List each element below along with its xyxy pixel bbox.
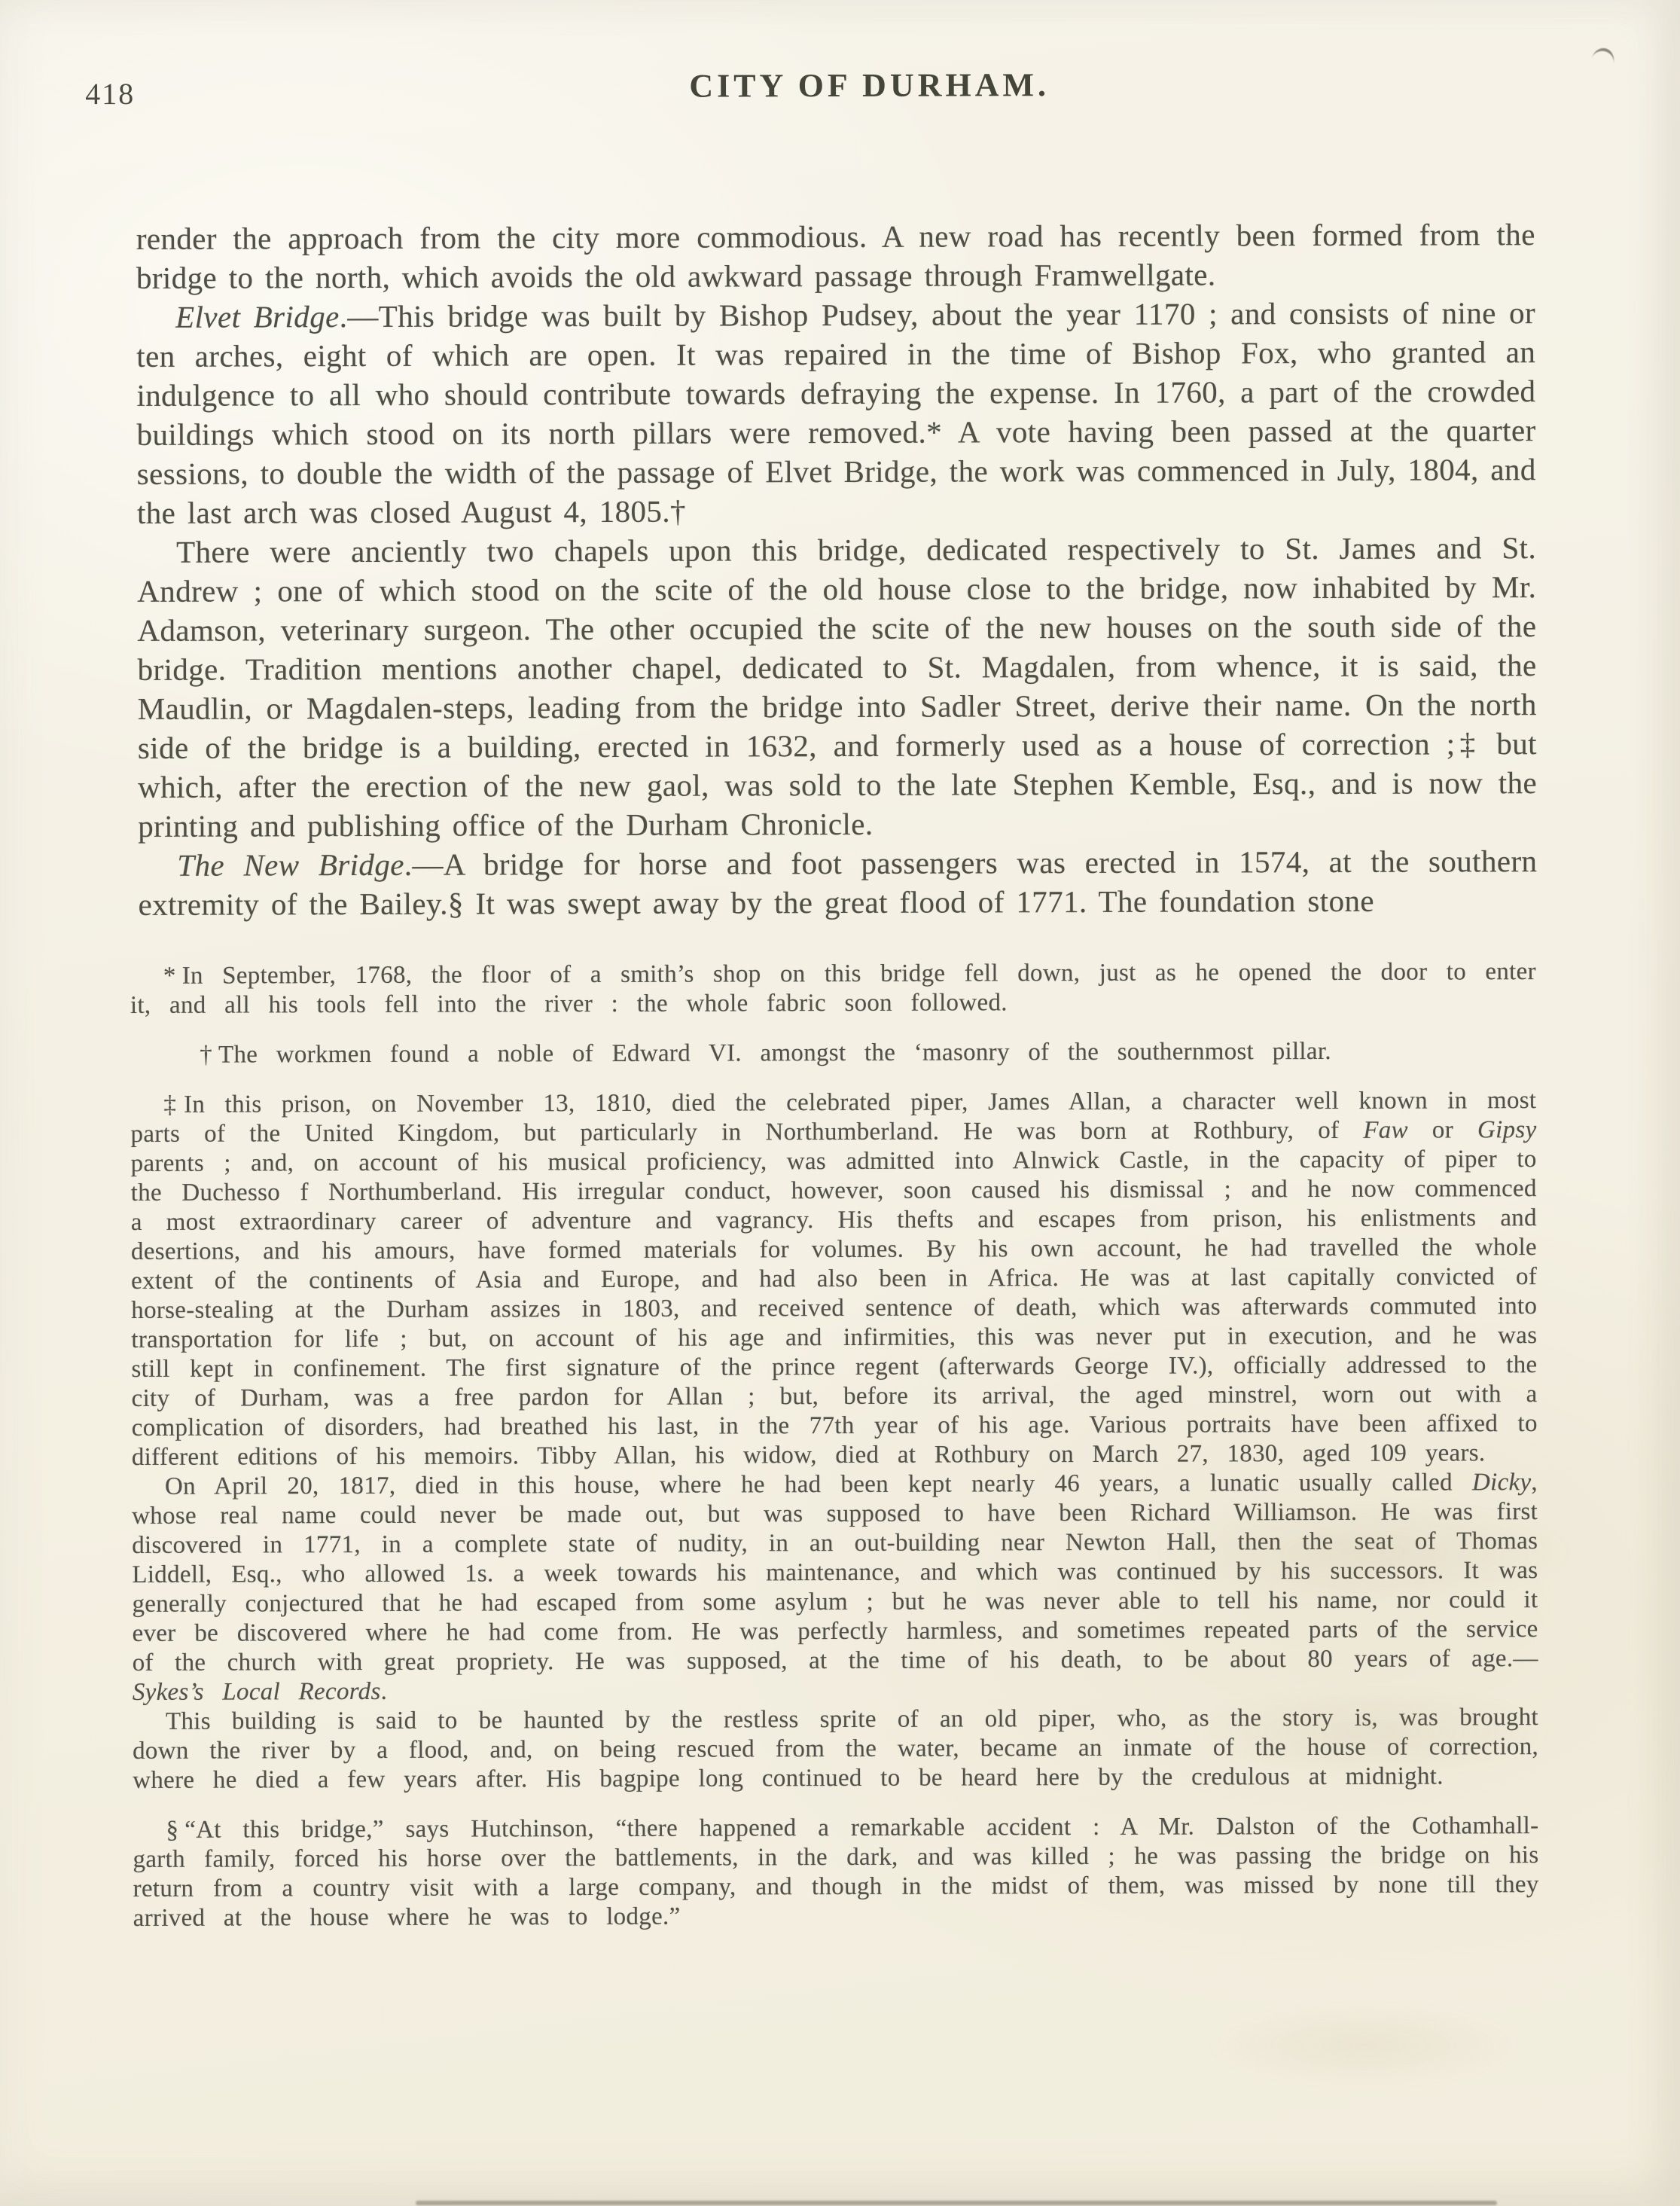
footnote-marker: § xyxy=(166,1817,184,1844)
footnote-paragraph: On April 20, 1817, died in this house, w… xyxy=(132,1468,1538,1707)
footnote-section: §“At this bridge,” says Hutchinson, “the… xyxy=(133,1811,1538,1933)
footnote-text: , whose real name could never be made ou… xyxy=(132,1469,1538,1677)
paragraph: There were anciently two chapels upon th… xyxy=(137,528,1537,846)
footnote-text: “At this bridge,” says Hutchinson, “ther… xyxy=(133,1812,1538,1932)
paragraph-text: There were anciently two chapels upon th… xyxy=(137,530,1537,844)
paragraph: Elvet Bridge.—This bridge was built by B… xyxy=(136,293,1536,532)
footnote-double-dagger: ‡In this prison, on November 13, 1810, d… xyxy=(130,1086,1538,1796)
footnote-star: *In September, 1768, the floor of a smit… xyxy=(130,957,1536,1021)
main-text: render the approach from the city more c… xyxy=(136,215,1538,924)
italic-term: Dicky xyxy=(1472,1469,1532,1496)
scan-edge-shadow xyxy=(416,2201,1497,2205)
running-title: CITY OF DURHAM. xyxy=(689,66,1050,105)
paragraph: The New Bridge.—A bridge for horse and f… xyxy=(138,841,1537,924)
footnote-paragraph: ‡In this prison, on November 13, 1810, d… xyxy=(130,1086,1538,1472)
footnote-text: parents ; and, on account of his musical… xyxy=(131,1146,1538,1471)
footnote-text: In this prison, on November 13, 1810, di… xyxy=(130,1087,1536,1148)
footnote-text: The workmen found a noble of Edward VI. … xyxy=(218,1038,1331,1069)
page-header: 418 CITY OF DURHAM. xyxy=(0,64,1678,116)
footnote-text: On April 20, 1817, died in this house, w… xyxy=(165,1469,1472,1500)
italic-term: Gipsy xyxy=(1477,1116,1537,1143)
paragraph-text: .—This bridge was built by Bishop Pudsey… xyxy=(136,295,1536,530)
footnote-text: In September, 1768, the floor of a smith… xyxy=(130,958,1536,1019)
footnote-marker: † xyxy=(200,1042,218,1069)
footnote-text: . xyxy=(381,1678,388,1705)
footnote-paragraph: This building is said to be haunted by t… xyxy=(133,1703,1538,1796)
italic-citation: Sykes’s Local Records xyxy=(133,1678,381,1706)
italic-lead: The New Bridge xyxy=(177,847,404,883)
italic-term: Faw xyxy=(1363,1117,1408,1144)
footnote-marker: * xyxy=(163,963,182,990)
scan-showthrough xyxy=(1206,2003,1522,2086)
page-content: 418 CITY OF DURHAM. render the approach … xyxy=(0,0,1680,1933)
footnote-dagger: †The workmen found a noble of Edward VI.… xyxy=(130,1036,1536,1070)
paragraph: render the approach from the city more c… xyxy=(136,215,1535,297)
paragraph-text: render the approach from the city more c… xyxy=(136,217,1535,295)
page-number: 418 xyxy=(85,76,135,111)
footnote-marker: ‡ xyxy=(163,1091,184,1118)
italic-lead: Elvet Bridge xyxy=(175,299,340,334)
book-page: 418 CITY OF DURHAM. render the approach … xyxy=(0,0,1680,2206)
footnote-text: or xyxy=(1408,1116,1477,1143)
footnotes: *In September, 1768, the floor of a smit… xyxy=(130,957,1539,1933)
footnote-text: This building is said to be haunted by t… xyxy=(133,1704,1538,1794)
